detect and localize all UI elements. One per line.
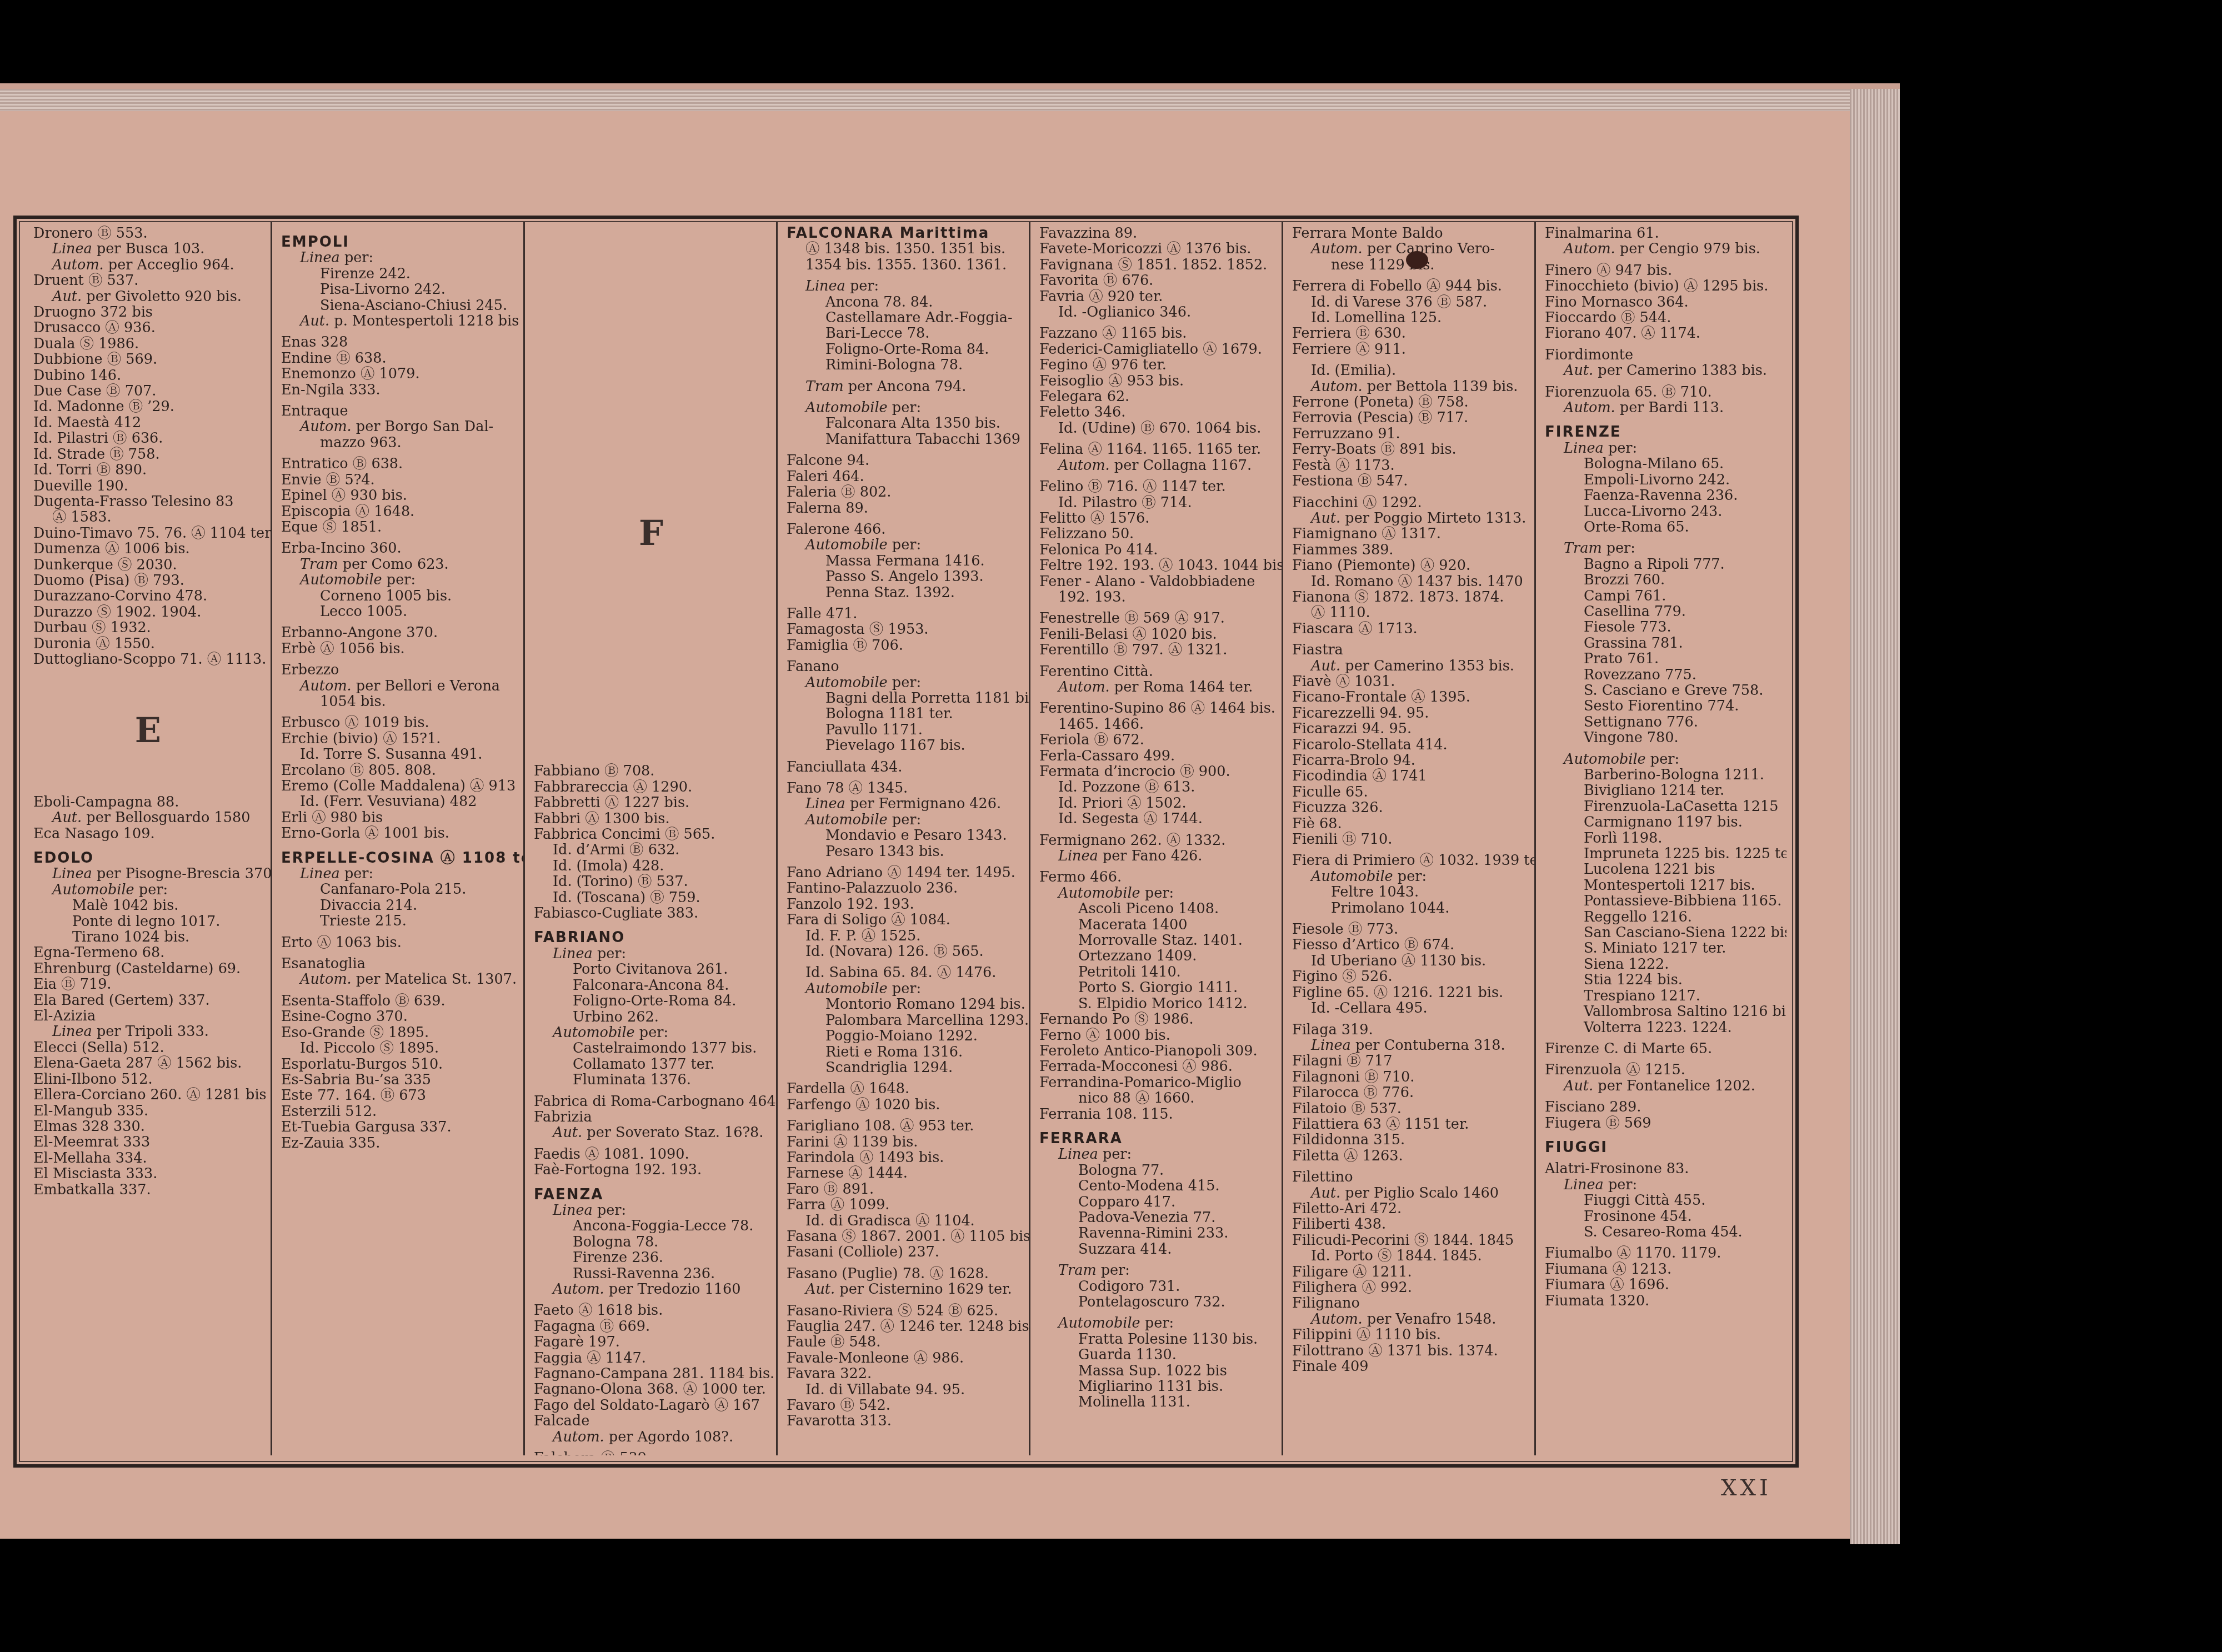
- index-entry: Filaga 319.: [1292, 1022, 1527, 1038]
- index-subentry: Id. Pozzone Ⓑ 613.: [1039, 779, 1274, 795]
- index-subentry: Autom. per Bellori e Verona: [281, 678, 516, 694]
- index-column-5: Favazzina 89.Favete-Moricozzi Ⓐ 1376 bis…: [1030, 222, 1283, 1455]
- index-subentry: Id. -Oglianico 346.: [1039, 304, 1274, 320]
- index-entry: Fiorenzuola 65. Ⓑ 710.: [1545, 384, 1779, 400]
- index-subentry: Impruneta 1225 bis. 1225 ter.: [1545, 846, 1779, 862]
- index-subentry: S. Cesareo-Roma 454.: [1545, 1224, 1779, 1240]
- index-entry: Ficodindia Ⓐ 1741: [1292, 768, 1527, 784]
- index-subentry: Ancona-Foggia-Lecce 78.: [534, 1218, 768, 1234]
- index-entry: Fioccardo Ⓑ 544.: [1545, 310, 1779, 326]
- index-subentry: Aut. per Poggio Mirteto 1313.: [1292, 510, 1527, 526]
- index-subentry: Aut. per Fontanelice 1202.: [1545, 1078, 1779, 1094]
- index-entry: Faè-Fortogna 192. 193.: [534, 1162, 768, 1178]
- index-column-2: EMPOLILinea per:Firenze 242.Pisa-Livorno…: [272, 222, 525, 1455]
- index-entry: Esporlatu-Burgos 510.: [281, 1057, 516, 1072]
- index-subentry: Ancona 78. 84.: [787, 294, 1021, 310]
- index-subentry: Automobile per:: [1292, 869, 1527, 884]
- index-entry: Eso-Grande Ⓢ 1895.: [281, 1025, 516, 1040]
- index-entry: Faleria Ⓑ 802.: [787, 484, 1021, 500]
- index-entry: Este 77. 164. Ⓑ 673: [281, 1088, 516, 1103]
- index-subentry: Petritoli 1410.: [1039, 964, 1274, 980]
- index-entry: Fano Adriano Ⓐ 1494 ter. 1495.: [787, 865, 1021, 880]
- index-entry: Finalmarina 61.: [1545, 226, 1779, 241]
- index-subentry: S. Casciano e Greve 758.: [1545, 683, 1779, 698]
- index-subentry: Macerata 1400: [1039, 917, 1274, 933]
- index-entry: Fasana Ⓢ 1867. 2001. Ⓐ 1105 bis.: [787, 1229, 1021, 1244]
- index-entry: Farini Ⓐ 1139 bis.: [787, 1134, 1021, 1150]
- index-subentry: Reggello 1216.: [1545, 909, 1779, 925]
- index-entry: Erba-Incino 360.: [281, 540, 516, 556]
- index-subentry: Aut. per Soverato Staz. 16?8.: [534, 1125, 768, 1140]
- index-subentry: Codigoro 731.: [1039, 1279, 1274, 1294]
- index-subentry: Linea per:: [534, 1203, 768, 1218]
- index-subentry: Id. Porto Ⓢ 1844. 1845.: [1292, 1248, 1527, 1264]
- index-entry: Favaro Ⓑ 542.: [787, 1398, 1021, 1413]
- index-entry: Fiavè Ⓐ 1031.: [1292, 674, 1527, 689]
- index-entry: Fauglia 247. Ⓐ 1246 ter. 1248 bis: [787, 1319, 1021, 1334]
- index-entry: Fagagna Ⓑ 669.: [534, 1319, 768, 1334]
- index-entry: Durazzo Ⓢ 1902. 1904.: [33, 604, 263, 620]
- index-entry: Fiastra: [1292, 642, 1527, 658]
- index-entry: Druogno 372 bis: [33, 304, 263, 320]
- index-subentry: Faenza-Ravenna 236.: [1545, 488, 1779, 503]
- index-entry: Eia Ⓑ 719.: [33, 977, 263, 992]
- index-entry: Ferrone (Poneta) Ⓑ 758.: [1292, 394, 1527, 410]
- index-subentry: Pievelago 1167 bis.: [787, 738, 1021, 753]
- index-entry: Filettino: [1292, 1169, 1527, 1185]
- index-entry: Fiumara Ⓐ 1696.: [1545, 1277, 1779, 1293]
- index-subentry: Aut. per Givoletto 920 bis.: [33, 289, 263, 304]
- index-subentry: Massa Sup. 1022 bis: [1039, 1363, 1274, 1379]
- index-subentry: Guarda 1130.: [1039, 1347, 1274, 1363]
- index-entry: Fara di Soligo Ⓐ 1084.: [787, 912, 1021, 928]
- index-subentry: Linea per:: [534, 946, 768, 962]
- index-entry: Endine Ⓑ 638.: [281, 351, 516, 366]
- index-entry: Fianona Ⓢ 1872. 1873. 1874.: [1292, 589, 1527, 605]
- index-entry: Faedis Ⓐ 1081. 1090.: [534, 1147, 768, 1162]
- index-entry: Fagnano-Campana 281. 1184 bis.: [534, 1366, 768, 1381]
- index-entry: Alatri-Frosinone 83.: [1545, 1161, 1779, 1177]
- index-subentry: Pesaro 1343 bis.: [787, 844, 1021, 859]
- index-subentry: Linea per:: [1545, 440, 1779, 456]
- index-subentry: Autom. per Bardi 113.: [1545, 400, 1779, 415]
- index-entry: Fanciullata 434.: [787, 759, 1021, 775]
- index-entry: Filiberti 438.: [1292, 1217, 1527, 1232]
- index-subentry: Id. (Ferr. Vesuviana) 482: [281, 794, 516, 809]
- index-subentry: Aut. per Camerino 1383 bis.: [1545, 363, 1779, 378]
- index-subentry: Bologna 77.: [1039, 1163, 1274, 1178]
- index-columns: Dronero Ⓑ 553.Linea per Busca 103.Autom.…: [24, 222, 1786, 1455]
- index-entry: Druent Ⓑ 537.: [33, 273, 263, 288]
- index-subentry: Rovezzano 775.: [1545, 667, 1779, 683]
- index-subentry: Id. di Gradisca Ⓐ 1104.: [787, 1213, 1021, 1229]
- index-entry: Duala Ⓢ 1986.: [33, 336, 263, 352]
- index-subentry: Id. Sabina 65. 84. Ⓐ 1476.: [787, 965, 1021, 980]
- index-entry: Farfengo Ⓐ 1020 bis.: [787, 1097, 1021, 1113]
- index-subentry: Linea per:: [281, 866, 516, 882]
- index-entry: Enemonzo Ⓐ 1079.: [281, 366, 516, 382]
- index-entry: Dronero Ⓑ 553.: [33, 226, 263, 241]
- index-subentry: Id. di Varese 376 Ⓑ 587.: [1292, 294, 1527, 310]
- index-entry: Felina Ⓐ 1164. 1165. 1165 ter.: [1039, 442, 1274, 457]
- index-entry: Favazzina 89.: [1039, 226, 1274, 241]
- index-subentry: Autom. per Acceglio 964.: [33, 257, 263, 273]
- index-entry: Faggia Ⓐ 1147.: [534, 1350, 768, 1366]
- index-entry: Farnese Ⓐ 1444.: [787, 1165, 1021, 1181]
- index-subentry: Ravenna-Rimini 233.: [1039, 1225, 1274, 1241]
- index-entry: Ferruzzano 91.: [1292, 426, 1527, 442]
- index-entry: Ferrania 108. 115.: [1039, 1107, 1274, 1122]
- index-entry: Fermo 466.: [1039, 869, 1274, 885]
- index-entry: Filetta Ⓐ 1263.: [1292, 1148, 1527, 1164]
- index-subentry: Mondavio e Pesaro 1343.: [787, 828, 1021, 843]
- index-subentry: Canfanaro-Pola 215.: [281, 882, 516, 897]
- index-entry: Fabbri Ⓐ 1300 bis.: [534, 811, 768, 827]
- index-subentry: Forlì 1198.: [1545, 830, 1779, 846]
- index-entry: Ferentino-Supino 86 Ⓐ 1464 bis.: [1039, 700, 1274, 716]
- index-entry: Fegino Ⓐ 976 ter.: [1039, 357, 1274, 373]
- index-entry: Fanzolo 192. 193.: [787, 897, 1021, 912]
- index-subentry: Linea per Busca 103.: [33, 241, 263, 257]
- index-entry: Fiammes 389.: [1292, 542, 1527, 558]
- index-subentry: 1465. 1466.: [1039, 717, 1274, 732]
- index-entry: Firenze C. di Marte 65.: [1545, 1041, 1779, 1057]
- index-entry: Filottrano Ⓐ 1371 bis. 1374.: [1292, 1343, 1527, 1359]
- index-subentry: Barberino-Bologna 1211.: [1545, 767, 1779, 783]
- index-subentry: Manifattura Tabacchi 1369: [787, 432, 1021, 447]
- index-entry: Elini-Ilbono 512.: [33, 1072, 263, 1087]
- index-entry: Felegara 62.: [1039, 389, 1274, 404]
- index-entry: Ficulle 65.: [1292, 784, 1527, 800]
- index-entry: El-Mangub 335.: [33, 1103, 263, 1119]
- index-entry: Fabbrareccia Ⓐ 1290.: [534, 779, 768, 795]
- index-subentry: Settignano 776.: [1545, 714, 1779, 730]
- index-entry: Ercolano Ⓑ 805. 808.: [281, 763, 516, 778]
- index-entry: Id. Maestà 412: [33, 415, 263, 430]
- index-subentry: Automobile per:: [1545, 752, 1779, 767]
- index-entry: Fisciano 289.: [1545, 1099, 1779, 1115]
- index-entry: Embatkalla 337.: [33, 1182, 263, 1198]
- index-entry: Envie Ⓑ 5?4.: [281, 472, 516, 488]
- index-entry: Felitto Ⓐ 1576.: [1039, 510, 1274, 526]
- index-subentry: Primolano 1044.: [1292, 900, 1527, 916]
- index-entry: Fasano (Puglie) 78. Ⓐ 1628.: [787, 1266, 1021, 1281]
- index-subentry: Campi 761.: [1545, 588, 1779, 604]
- index-subentry: Fratta Polesine 1130 bis.: [1039, 1331, 1274, 1347]
- index-entry: Dubbione Ⓑ 569.: [33, 352, 263, 367]
- index-subentry: Linea per Fermignano 426.: [787, 796, 1021, 812]
- index-subentry: Morrovalle Staz. 1401.: [1039, 933, 1274, 948]
- index-entry: Fabiasco-Cugliate 383.: [534, 905, 768, 921]
- city-heading: ERPELLE-COSINA Ⓐ 1108 ter: [281, 850, 516, 866]
- index-entry: Fener - Alano - Valdobbiadene: [1039, 574, 1274, 589]
- index-entry: Fino Mornasco 364.: [1545, 294, 1779, 310]
- index-entry: Ficuzza 326.: [1292, 800, 1527, 815]
- index-entry: Ferno Ⓐ 1000 bis.: [1039, 1028, 1274, 1043]
- index-subentry: Foligno-Orte-Roma 84.: [787, 342, 1021, 357]
- index-entry: Fiumana Ⓐ 1213.: [1545, 1261, 1779, 1277]
- index-subentry: Siena-Asciano-Chiusi 245.: [281, 298, 516, 313]
- index-entry: Filicudi-Pecorini Ⓢ 1844. 1845: [1292, 1233, 1527, 1248]
- index-subentry: Suzzara 414.: [1039, 1241, 1274, 1257]
- index-entry: Feisoglio Ⓐ 953 bis.: [1039, 373, 1274, 389]
- index-entry: Farindola Ⓐ 1493 bis.: [787, 1150, 1021, 1165]
- index-subentry: Rieti e Roma 1316.: [787, 1044, 1021, 1060]
- index-subentry: Aut. p. Montespertoli 1218 bis: [281, 313, 516, 329]
- index-subentry: Id. Torre S. Susanna 491.: [281, 747, 516, 762]
- index-subentry: Aut. per Cisternino 1629 ter.: [787, 1281, 1021, 1297]
- index-entry: Ferentino Città.: [1039, 664, 1274, 679]
- index-subentry: Id. (Imola) 428.: [534, 858, 768, 874]
- index-entry: Feroleto Antico-Pianopoli 309.: [1039, 1043, 1274, 1059]
- index-subentry: Bagno a Ripoli 777.: [1545, 557, 1779, 572]
- index-entry: Filetto-Ari 472.: [1292, 1201, 1527, 1217]
- index-subentry: Linea per:: [281, 250, 516, 266]
- index-entry: Fiacchini Ⓐ 1292.: [1292, 495, 1527, 510]
- index-entry: Fermignano 262. Ⓐ 1332.: [1039, 833, 1274, 848]
- index-subentry: Massa Fermana 1416.: [787, 553, 1021, 569]
- index-subentry: Bivigliano 1214 ter.: [1545, 783, 1779, 798]
- index-entry: Filagni Ⓑ 717: [1292, 1053, 1527, 1069]
- index-subentry: Pontelagoscuro 732.: [1039, 1294, 1274, 1310]
- index-subentry: Automobile per:: [787, 400, 1021, 415]
- index-subentry: Automobile per:: [787, 981, 1021, 997]
- index-subentry: Montespertoli 1217 bis.: [1545, 878, 1779, 893]
- index-subentry: Autom. per Roma 1464 ter.: [1039, 679, 1274, 695]
- index-subentry: Falconara-Ancona 84.: [534, 978, 768, 993]
- index-entry: En-Ngila 333.: [281, 382, 516, 398]
- index-entry: Entraque: [281, 403, 516, 419]
- page-stack-right: [1850, 89, 1900, 1544]
- index-entry: Duttogliano-Scoppo 71. Ⓐ 1113.: [33, 652, 263, 667]
- index-entry: Fardella Ⓐ 1648.: [787, 1081, 1021, 1097]
- index-entry: Ferrera di Fobello Ⓐ 944 bis.: [1292, 278, 1527, 294]
- index-subentry: Bari-Lecce 78.: [787, 326, 1021, 341]
- index-column-1: Dronero Ⓑ 553.Linea per Busca 103.Autom.…: [24, 222, 272, 1455]
- index-subentry: Linea per:: [787, 278, 1021, 294]
- index-entry: Finocchieto (bivio) Ⓐ 1295 bis.: [1545, 278, 1779, 294]
- index-subentry: Lecco 1005.: [281, 604, 516, 619]
- index-entry: Fiascara Ⓐ 1713.: [1292, 621, 1527, 637]
- index-entry: Dunkerque Ⓢ 2030.: [33, 557, 263, 573]
- index-entry: Filatoio Ⓑ 537.: [1292, 1101, 1527, 1117]
- index-entry: Fienili Ⓑ 710.: [1292, 832, 1527, 847]
- index-subentry: Autom. per Bettola 1139 bis.: [1292, 379, 1527, 394]
- index-subentry: Corneno 1005 bis.: [281, 588, 516, 604]
- index-subentry: Montorio Romano 1294 bis.: [787, 997, 1021, 1012]
- index-subentry: Trieste 215.: [281, 913, 516, 929]
- index-subentry: Linea per Pisogne-Brescia 370.: [33, 866, 263, 882]
- index-entry: Fago del Soldato-Lagarò Ⓐ 167: [534, 1398, 768, 1413]
- index-entry: Fiugera Ⓑ 569: [1545, 1115, 1779, 1131]
- index-entry: Eremo (Colle Maddalena) Ⓐ 913: [281, 778, 516, 794]
- index-subentry: Linea per:: [1039, 1147, 1274, 1162]
- index-entry: El-Meemrat 333: [33, 1134, 263, 1150]
- index-entry: Fernando Po Ⓢ 1986.: [1039, 1012, 1274, 1027]
- index-subentry: Tirano 1024 bis.: [33, 929, 263, 945]
- index-entry: Fiesso d’Artico Ⓑ 674.: [1292, 937, 1527, 953]
- index-subentry: Id. (Novara) 126. Ⓑ 565.: [787, 944, 1021, 959]
- index-entry: Figline 65. Ⓐ 1216. 1221 bis.: [1292, 985, 1527, 1000]
- index-subentry: Lucca-Livorno 243.: [1545, 504, 1779, 519]
- index-entry: Fenili-Belasi Ⓐ 1020 bis.: [1039, 627, 1274, 642]
- index-subentry: Feltre 1043.: [1292, 884, 1527, 900]
- index-entry: Filignano: [1292, 1295, 1527, 1311]
- city-heading: EMPOLI: [281, 234, 516, 250]
- index-entry: Falcone 94.: [787, 453, 1021, 468]
- index-entry: Entratico Ⓑ 638.: [281, 456, 516, 472]
- index-subentry: Bologna 1181 ter.: [787, 706, 1021, 722]
- index-entry: Fiumata 1320.: [1545, 1293, 1779, 1309]
- index-entry: Fabbretti Ⓐ 1227 bis.: [534, 795, 768, 810]
- index-subentry: Id. (Udine) Ⓑ 670. 1064 bis.: [1039, 420, 1274, 436]
- index-column-3: FFabbiano Ⓑ 708.Fabbrareccia Ⓐ 1290.Fabb…: [525, 222, 778, 1455]
- index-subentry: Ⓐ 1583.: [33, 509, 263, 525]
- index-entry: Ficano-Frontale Ⓐ 1395.: [1292, 689, 1527, 705]
- index-entry: Fabbrica Concimi Ⓑ 565.: [534, 827, 768, 842]
- index-subentry: Automobile per:: [534, 1025, 768, 1040]
- index-subentry: Automobile per:: [1039, 1315, 1274, 1331]
- index-subentry: Malè 1042 bis.: [33, 898, 263, 913]
- index-column-6: Ferrara Monte BaldoAutom. per Caprino Ve…: [1283, 222, 1536, 1455]
- index-subentry: Bologna 78.: [534, 1234, 768, 1250]
- index-entry: Falcade: [534, 1413, 768, 1429]
- index-subentry: Trespiano 1217.: [1545, 988, 1779, 1004]
- index-subentry: nico 88 Ⓐ 1660.: [1039, 1090, 1274, 1106]
- index-entry: Esine-Cogno 370.: [281, 1009, 516, 1024]
- index-subentry: Castelraimondo 1377 bis.: [534, 1040, 768, 1056]
- index-entry: Dugenta-Frasso Telesino 83: [33, 494, 263, 509]
- index-subentry: Aut. per Camerino 1353 bis.: [1292, 658, 1527, 674]
- index-entry: Id. Pilastri Ⓑ 636.: [33, 430, 263, 446]
- index-entry: Esanatoglia: [281, 956, 516, 972]
- index-entry: Ellera-Corciano 260. Ⓐ 1281 bis: [33, 1087, 263, 1103]
- index-subentry: Linea per Contuberna 318.: [1292, 1038, 1527, 1053]
- index-entry: El Misciasta 333.: [33, 1166, 263, 1182]
- index-subentry: Siena 1222.: [1545, 957, 1779, 972]
- index-column-7: Finalmarina 61.Autom. per Cengio 979 bis…: [1536, 222, 1786, 1455]
- index-subentry: Lucolena 1221 bis: [1545, 862, 1779, 877]
- index-entry: Ficarezzelli 94. 95.: [1292, 705, 1527, 721]
- index-subentry: S. Elpidio Morico 1412.: [1039, 996, 1274, 1012]
- index-entry: El-Azizia: [33, 1008, 263, 1024]
- index-subentry: Aut. per Bellosguardo 1580: [33, 810, 263, 825]
- index-subentry: Pavullo 1171.: [787, 722, 1021, 738]
- index-entry: Fiordimonte: [1545, 347, 1779, 363]
- index-entry: Faleri 464.: [787, 469, 1021, 484]
- index-entry: Esenta-Staffolo Ⓑ 639.: [281, 993, 516, 1009]
- index-subentry: Vallombrosa Saltino 1216 bis.: [1545, 1004, 1779, 1019]
- index-entry: Filarocca Ⓑ 776.: [1292, 1085, 1527, 1100]
- index-entry: Fasani (Colliole) 237.: [787, 1244, 1021, 1260]
- city-heading: FIRENZE: [1545, 424, 1779, 440]
- index-subentry: Id. Romano Ⓐ 1437 bis. 1470: [1292, 574, 1527, 589]
- index-subentry: Russi-Ravenna 236.: [534, 1266, 768, 1281]
- index-entry: Fagnano-Olona 368. Ⓐ 1000 ter.: [534, 1381, 768, 1397]
- index-subentry: Linea per:: [1545, 1177, 1779, 1193]
- index-entry: Favignana Ⓢ 1851. 1852. 1852.: [1039, 257, 1274, 273]
- index-subentry: Autom. per Collagna 1167.: [1039, 458, 1274, 473]
- city-heading: FIUGGI: [1545, 1140, 1779, 1155]
- index-entry: Duino-Timavo 75. 76. Ⓐ 1104 ter: [33, 525, 263, 541]
- index-subentry: Id. Segesta Ⓐ 1744.: [1039, 811, 1274, 827]
- index-entry: Faule Ⓑ 548.: [787, 1334, 1021, 1350]
- index-entry: Feletto 346.: [1039, 404, 1274, 420]
- index-subentry: Automobile per:: [787, 675, 1021, 690]
- index-entry: Dumenza Ⓐ 1006 bis.: [33, 541, 263, 557]
- index-entry: Firenzuola Ⓐ 1215.: [1545, 1062, 1779, 1078]
- index-subentry: mazzo 963.: [281, 435, 516, 450]
- index-subentry: Id. -Cellara 495.: [1292, 1000, 1527, 1016]
- index-subentry: Id. Piccolo Ⓢ 1895.: [281, 1040, 516, 1056]
- index-subentry: Fiuggi Città 455.: [1545, 1193, 1779, 1208]
- index-subentry: Ⓐ 1348 bis. 1350. 1351 bis.: [787, 241, 1021, 257]
- index-subentry: Volterra 1223. 1224.: [1545, 1020, 1779, 1035]
- index-subentry: Automobile per:: [281, 572, 516, 588]
- index-subentry: Bologna-Milano 65.: [1545, 456, 1779, 472]
- index-entry: Fenestrelle Ⓑ 569 Ⓐ 917.: [1039, 610, 1274, 626]
- index-subentry: Grassina 781.: [1545, 635, 1779, 651]
- index-subentry: Id. di Villabate 94. 95.: [787, 1382, 1021, 1398]
- index-entry: Ferla-Cassaro 499.: [1039, 748, 1274, 764]
- index-entry: Fanano: [787, 659, 1021, 674]
- index-subentry: Firenze 242.: [281, 266, 516, 282]
- index-entry: Felizzano 50.: [1039, 526, 1274, 542]
- index-subentry: Id. d’Armi Ⓑ 632.: [534, 842, 768, 858]
- index-subentry: Casellina 779.: [1545, 604, 1779, 619]
- index-subentry: Molinella 1131.: [1039, 1394, 1274, 1410]
- index-subentry: Penna Staz. 1392.: [787, 585, 1021, 600]
- index-subentry: Sesto Fiorentino 774.: [1545, 698, 1779, 714]
- index-subentry: Frosinone 454.: [1545, 1209, 1779, 1224]
- index-entry: Fiesole Ⓑ 773.: [1292, 922, 1527, 937]
- index-subentry: Id. (Emilia).: [1292, 363, 1527, 378]
- index-entry: Fabrica di Roma-Carbognano 464.: [534, 1094, 768, 1109]
- index-entry: Filattiera 63 Ⓐ 1151 ter.: [1292, 1117, 1527, 1132]
- index-entry: Elmas 328 330.: [33, 1119, 263, 1134]
- index-entry: Famagosta Ⓢ 1953.: [787, 622, 1021, 637]
- section-letter: F: [534, 525, 768, 541]
- index-entry: Ficarazzi 94. 95.: [1292, 721, 1527, 737]
- index-entry: Ferrovia (Pescia) Ⓑ 717.: [1292, 410, 1527, 425]
- index-subentry: S. Miniato 1217 ter.: [1545, 940, 1779, 956]
- index-subentry: Brozzi 760.: [1545, 572, 1779, 588]
- index-entry: Fildidonna 315.: [1292, 1132, 1527, 1148]
- index-subentry: Automobile per:: [33, 882, 263, 898]
- index-entry: Festiona Ⓑ 547.: [1292, 473, 1527, 489]
- index-entry: Erli Ⓐ 980 bis: [281, 810, 516, 825]
- index-entry: Erbanno-Angone 370.: [281, 625, 516, 640]
- index-entry: Ez-Zauia 335.: [281, 1135, 516, 1151]
- index-entry: Fiera di Primiero Ⓐ 1032. 1939 ter: [1292, 853, 1527, 868]
- index-entry: Erbusco Ⓐ 1019 bis.: [281, 715, 516, 730]
- index-entry: Eca Nasago 109.: [33, 826, 263, 842]
- index-subentry: Firenze 236.: [534, 1250, 768, 1265]
- index-subentry: Id. (Toscana) Ⓑ 759.: [534, 890, 768, 905]
- index-subentry: Id Uberiano Ⓐ 1130 bis.: [1292, 953, 1527, 969]
- index-subentry: Id. (Torino) Ⓑ 537.: [534, 874, 768, 889]
- index-entry: Feriola Ⓑ 672.: [1039, 732, 1274, 748]
- index-subentry: Padova-Venezia 77.: [1039, 1210, 1274, 1225]
- index-subentry: Bagni della Porretta 1181 bis.: [787, 690, 1021, 706]
- index-entry: Es-Sabria Bu-’sa 335: [281, 1072, 516, 1088]
- index-entry: Ficarolo-Stellata 414.: [1292, 737, 1527, 753]
- index-entry: Fano 78 Ⓐ 1345.: [787, 780, 1021, 796]
- index-subentry: Aut. per Piglio Scalo 1460: [1292, 1185, 1527, 1201]
- index-entry: Finale 409: [1292, 1359, 1527, 1374]
- index-subentry: Id. Pilastro Ⓑ 714.: [1039, 495, 1274, 510]
- index-subentry: Id. Priori Ⓐ 1502.: [1039, 795, 1274, 811]
